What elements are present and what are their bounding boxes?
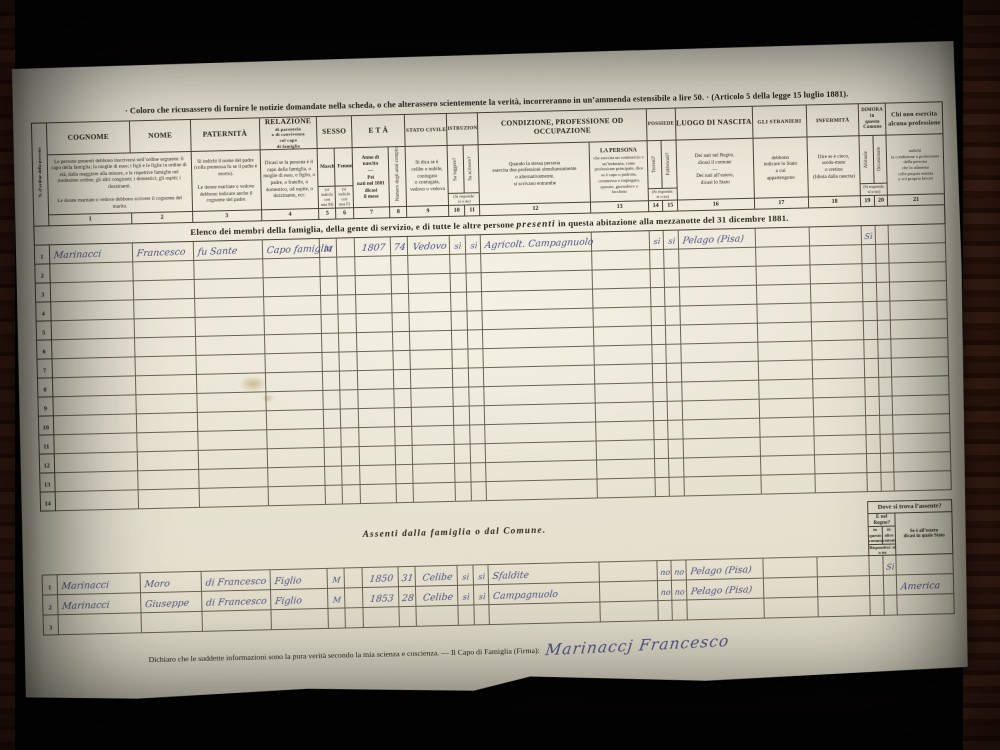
cell-m bbox=[321, 314, 339, 333]
handwritten-entry: Marinacci bbox=[61, 600, 110, 613]
cell-luogo bbox=[679, 285, 756, 306]
cell-legge bbox=[452, 330, 468, 349]
cell-abituale: Sì bbox=[861, 225, 875, 244]
cell-stranieri bbox=[759, 398, 814, 418]
cell-infermita bbox=[813, 378, 865, 398]
cell-f bbox=[342, 484, 360, 503]
cell-occasionale bbox=[881, 472, 895, 491]
cell-cond13 bbox=[592, 250, 650, 270]
cell-n: 1 bbox=[42, 575, 57, 595]
cell-fabbricati bbox=[667, 363, 682, 382]
note-anno-nascita: Anno di nascita — Pei nati nel 1881 dica… bbox=[352, 147, 390, 208]
cell-estero bbox=[897, 594, 954, 615]
cell-cond: Campagnuolo bbox=[489, 582, 601, 605]
cell-m bbox=[322, 371, 340, 390]
cell-chi bbox=[890, 281, 947, 301]
cell-luogo bbox=[681, 361, 758, 382]
cell-f bbox=[339, 332, 357, 351]
cell-stranieri bbox=[760, 436, 815, 456]
cell-cond bbox=[485, 403, 597, 425]
cell-luogo bbox=[679, 266, 756, 287]
col-header-sesso: SESSO bbox=[316, 116, 351, 149]
cell-m bbox=[328, 608, 346, 628]
cell-n: 4 bbox=[36, 302, 51, 321]
cell-infermita bbox=[814, 416, 866, 436]
cell-nome: Francesco bbox=[133, 241, 194, 261]
cell-infermita bbox=[813, 397, 865, 417]
cell-nome bbox=[134, 317, 195, 337]
cell-stato bbox=[413, 463, 455, 483]
cell-n: 2 bbox=[43, 595, 58, 615]
cell-legge bbox=[450, 254, 466, 273]
handwritten-entry: no bbox=[674, 587, 685, 596]
handwritten-entry: sì bbox=[478, 572, 486, 581]
handwritten-entry: Celibe bbox=[422, 592, 453, 604]
cell-legge bbox=[451, 311, 467, 330]
cell-stato bbox=[410, 349, 452, 369]
cell-stato bbox=[413, 482, 455, 502]
cell-luogo bbox=[681, 342, 758, 363]
cell-scrive bbox=[470, 462, 486, 481]
cell-cond13 bbox=[595, 383, 653, 403]
handwritten-entry: Pelago (Pisa) bbox=[690, 564, 752, 577]
cell-cognome bbox=[58, 613, 142, 635]
cell-cognome bbox=[49, 262, 133, 283]
cell-regno_a bbox=[884, 595, 898, 615]
cell-paternita bbox=[196, 392, 266, 413]
cell-paternita bbox=[193, 259, 263, 280]
handwritten-entry: America bbox=[901, 580, 941, 592]
cell-terreni bbox=[658, 601, 673, 621]
cell-legge: sì bbox=[457, 565, 473, 585]
handwritten-entry: Campagnuolo bbox=[493, 589, 559, 602]
cell-stato bbox=[413, 444, 455, 464]
cell-n: 11 bbox=[39, 435, 54, 454]
cell-f bbox=[345, 588, 363, 608]
cell-m bbox=[325, 485, 343, 504]
cell-paternita bbox=[197, 430, 267, 451]
cell-occasionale bbox=[879, 415, 893, 434]
subcol-istruzione: Sa leggere?Sa scrivere?(Si risponda: sì … bbox=[447, 145, 479, 206]
cell-anno bbox=[356, 332, 393, 352]
this-comune-header: in questo comune? bbox=[868, 526, 882, 544]
handwritten-entry: sì bbox=[454, 241, 462, 250]
subcol-dimora: AbitualeOccasionale(Si risponda: sì o no… bbox=[859, 136, 888, 197]
absent-table: Assenti dalla famiglia o dal Comune. Dov… bbox=[40, 499, 954, 636]
cell-f bbox=[340, 370, 358, 389]
cell-n: 9 bbox=[38, 397, 53, 416]
note-luogo-nascita: Dei nati nel Regno, dicasi il comune — D… bbox=[676, 139, 754, 201]
handwritten-entry: Francesco bbox=[137, 247, 187, 260]
cell-luogo bbox=[687, 599, 764, 621]
cell-chi bbox=[893, 433, 950, 453]
cell-nome: Moro bbox=[140, 572, 201, 593]
cell-anni bbox=[394, 388, 412, 407]
cell-anno bbox=[356, 313, 393, 333]
cell-infermita bbox=[810, 245, 862, 265]
col-header-istruzione: ISTRUZIONE bbox=[447, 113, 479, 146]
cell-chi bbox=[892, 357, 949, 377]
cell-infermita bbox=[811, 283, 863, 303]
row-number: 10 bbox=[43, 424, 49, 431]
cell-cognome: Marinacci bbox=[49, 243, 133, 264]
cell-scrive bbox=[467, 330, 483, 349]
cell-fabbricati: sì bbox=[664, 230, 679, 249]
handwritten-entry: Figlio bbox=[274, 575, 302, 587]
row-number: 5 bbox=[42, 329, 45, 336]
note-stato-civile: Si dica se è celibe o nubile, coniugato … bbox=[406, 146, 449, 207]
cell-fabbricati bbox=[668, 401, 683, 420]
cell-chi bbox=[889, 243, 946, 263]
cell-relazione bbox=[264, 333, 322, 353]
cell-infermita bbox=[811, 302, 863, 322]
cell-luogo: Pelago (Pisa) bbox=[686, 579, 763, 601]
row-number: 7 bbox=[43, 367, 46, 374]
cell-f bbox=[342, 446, 360, 465]
cell-fabbricati: no bbox=[671, 560, 686, 580]
cell-chi bbox=[892, 395, 949, 415]
cell-chi bbox=[889, 262, 946, 282]
cell-fabbricati bbox=[664, 268, 679, 287]
cell-legge bbox=[450, 273, 466, 292]
cell-stato bbox=[411, 368, 453, 388]
cell-fabbricati bbox=[669, 477, 684, 496]
row-number: 13 bbox=[44, 481, 50, 488]
handwritten-entry: sì bbox=[668, 236, 676, 245]
cell-abituale bbox=[864, 339, 878, 358]
cell-abituale bbox=[863, 282, 877, 301]
cell-relazione bbox=[264, 314, 322, 334]
row-number: 14 bbox=[44, 500, 50, 507]
cell-fabbricati bbox=[666, 325, 681, 344]
cell-infermita bbox=[811, 321, 863, 341]
cell-scrive bbox=[468, 348, 484, 367]
cell-relazione bbox=[267, 466, 325, 486]
note-due-professioni: Quando la stessa persona esercita due pr… bbox=[478, 143, 591, 206]
head-of-family-signature: Marinaccj Francesco bbox=[545, 632, 731, 659]
handwritten-entry: di Francesco bbox=[204, 576, 266, 589]
cell-occasionale bbox=[879, 396, 893, 415]
cell-anno bbox=[355, 294, 392, 314]
cell-cond13 bbox=[592, 231, 650, 251]
cell-cond: Agricolt. Campagnuolo bbox=[481, 232, 593, 254]
cell-m bbox=[321, 295, 339, 314]
cell-cond bbox=[483, 346, 595, 368]
cell-cond13 bbox=[600, 581, 658, 602]
cell-stato bbox=[409, 311, 451, 331]
col-header-ordine-label: N. d’ordine della persona bbox=[37, 147, 43, 197]
cell-anno bbox=[357, 351, 394, 371]
cell-paternita: fu Sante bbox=[193, 240, 263, 261]
cell-nome bbox=[138, 488, 199, 508]
note-cognome-nome: Le persone presenti debbono inscriversi … bbox=[47, 152, 192, 215]
cell-occasionale bbox=[877, 320, 891, 339]
handwritten-entry: Capo famiglia bbox=[266, 243, 333, 256]
cell-occasionale bbox=[878, 377, 892, 396]
paper-background: · Coloro che ricusassero di fornire le n… bbox=[9, 41, 972, 709]
cell-stato bbox=[408, 254, 450, 274]
cell-paternita: di Francesco bbox=[201, 570, 271, 592]
cell-paternita bbox=[194, 297, 264, 318]
cell-paternita bbox=[195, 335, 265, 356]
cell-paternita bbox=[197, 411, 267, 432]
cell-f bbox=[337, 238, 355, 257]
cell-occasionale bbox=[876, 282, 890, 301]
cell-terreni: no bbox=[657, 561, 672, 581]
note-la-persona: LA PERSONAche esercita un commercio o un… bbox=[590, 141, 649, 202]
handwritten-entry: Marinacci bbox=[61, 580, 110, 593]
cell-cond13 bbox=[597, 458, 655, 478]
cell-anni: 28 bbox=[399, 587, 417, 607]
cell-estero bbox=[896, 554, 953, 575]
cell-scrive bbox=[467, 311, 483, 330]
col-header-paternita: PATERNITÀ bbox=[190, 118, 260, 152]
cell-m bbox=[324, 428, 342, 447]
cell-cond13 bbox=[594, 326, 652, 346]
handwritten-entry: Marinacci bbox=[53, 249, 102, 262]
cell-fabbricati bbox=[669, 458, 684, 477]
cell-paternita bbox=[201, 610, 271, 632]
cell-n: 2 bbox=[35, 264, 50, 283]
cell-relazione: Capo famiglia bbox=[262, 238, 320, 258]
cell-nome bbox=[135, 336, 196, 356]
cell-cognome bbox=[50, 281, 134, 302]
cell-relazione: Figlio bbox=[270, 589, 328, 610]
cell-paternita bbox=[195, 354, 265, 375]
cell-occasionale bbox=[880, 453, 894, 472]
handwritten-entry: Vedovo bbox=[412, 241, 447, 253]
cell-cognome bbox=[54, 471, 138, 492]
cell-n: 7 bbox=[37, 359, 52, 378]
cell-cond13 bbox=[597, 477, 655, 497]
cell-abituale bbox=[862, 244, 876, 263]
cell-chi bbox=[891, 319, 948, 339]
cell-stranieri bbox=[756, 265, 811, 285]
cell-occasionale bbox=[878, 358, 892, 377]
handwritten-entry: Sì bbox=[864, 232, 873, 241]
cell-anno bbox=[359, 465, 396, 485]
cell-cond13 bbox=[597, 439, 655, 459]
cell-fabbricati bbox=[668, 420, 683, 439]
cell-cond13 bbox=[593, 307, 651, 327]
cell-cond13 bbox=[599, 561, 657, 582]
cell-cognome bbox=[51, 338, 135, 359]
cell-cond bbox=[484, 365, 596, 387]
handwritten-entry: Giuseppe bbox=[145, 598, 190, 610]
cell-cond bbox=[489, 602, 601, 625]
cell-n: 3 bbox=[43, 615, 58, 635]
cell-fabbricati bbox=[667, 382, 682, 401]
cell-chi bbox=[890, 300, 947, 320]
cell-paternita bbox=[195, 316, 265, 337]
cell-anno bbox=[355, 275, 392, 295]
cell-abituale bbox=[865, 377, 879, 396]
cell-cognome bbox=[52, 376, 136, 397]
cell-f bbox=[338, 276, 356, 295]
cell-regno_q bbox=[869, 576, 883, 596]
in-regno-header: È nel Regno? bbox=[868, 513, 896, 527]
cell-nome bbox=[137, 431, 198, 451]
cell-cognome: Marinacci bbox=[57, 573, 141, 595]
cell-stato bbox=[409, 273, 451, 293]
col-header-infermita: INFERMITÀ bbox=[806, 104, 859, 138]
census-sheet: · Coloro che ricusassero di fornire le n… bbox=[9, 41, 972, 709]
col-header-stranieri: GLI STRANIERI bbox=[752, 105, 807, 139]
cell-cognome: Marinacci bbox=[57, 593, 141, 615]
cell-occasionale bbox=[875, 244, 889, 263]
cell-f bbox=[338, 294, 356, 313]
cell-nome bbox=[135, 355, 196, 375]
cell-legge: sì bbox=[450, 235, 466, 254]
cell-cond13 bbox=[593, 269, 651, 289]
cell-infermita bbox=[815, 453, 867, 473]
cell-stato: Celibe bbox=[415, 566, 457, 587]
cell-cognome bbox=[55, 490, 139, 511]
other-comune-header: in altro comune? bbox=[882, 526, 896, 544]
cell-anni bbox=[391, 274, 409, 293]
note-chi-non-esercita: indichi la condizione o professione dell… bbox=[886, 134, 944, 195]
cell-infermita bbox=[815, 472, 867, 492]
cell-anno: 1850 bbox=[362, 567, 399, 588]
cell-infermita bbox=[818, 576, 870, 597]
cell-stranieri bbox=[755, 246, 810, 266]
abroad-header: Se è all’estero dicasi in quale Stato bbox=[895, 512, 953, 556]
cell-regno_q bbox=[870, 596, 884, 616]
handwritten-entry: 1807 bbox=[361, 242, 386, 254]
cell-cond13 bbox=[594, 345, 652, 365]
col-header-cognome: COGNOME bbox=[46, 121, 131, 155]
cell-legge bbox=[453, 368, 469, 387]
cell-stranieri bbox=[759, 417, 814, 437]
handwritten-entry: M bbox=[324, 244, 333, 253]
handwritten-entry: Moro bbox=[144, 578, 170, 590]
cell-anni bbox=[395, 426, 413, 445]
handwritten-entry: 1853 bbox=[369, 593, 394, 605]
cell-anno bbox=[354, 256, 391, 276]
col-header-chi-non-esercita: Chi non esercita alcuna professione bbox=[886, 102, 943, 136]
handwritten-entry: Pelago (Pisa) bbox=[682, 233, 744, 246]
cell-cognome bbox=[52, 395, 136, 416]
cell-relazione bbox=[266, 390, 324, 410]
cell-paternita bbox=[196, 373, 266, 394]
cell-abituale bbox=[866, 434, 880, 453]
cell-cognome bbox=[53, 433, 137, 454]
cell-legge bbox=[455, 463, 471, 482]
cell-nome bbox=[134, 279, 195, 299]
cell-stranieri bbox=[763, 597, 818, 618]
handwritten-entry: 74 bbox=[393, 242, 406, 253]
cell-scrive bbox=[466, 292, 482, 311]
cell-m bbox=[323, 409, 341, 428]
cell-nome bbox=[141, 612, 202, 633]
cell-stato bbox=[411, 387, 453, 407]
cell-luogo bbox=[684, 475, 761, 496]
cell-scrive: sì bbox=[473, 585, 489, 605]
cell-anni bbox=[395, 445, 413, 464]
cell-luogo: Pelago (Pisa) bbox=[678, 228, 755, 249]
cell-abituale bbox=[864, 358, 878, 377]
cell-anno bbox=[358, 427, 395, 447]
cell-stato: Celibe bbox=[416, 586, 458, 607]
cell-anni bbox=[392, 293, 410, 312]
col-header-possiede: POSSIEDE bbox=[646, 108, 676, 141]
cell-luogo bbox=[683, 456, 760, 477]
cell-cond13 bbox=[596, 421, 654, 441]
cell-f bbox=[341, 408, 359, 427]
cell-occasionale bbox=[877, 301, 891, 320]
cell-luogo bbox=[683, 418, 760, 439]
cell-nome bbox=[134, 298, 195, 318]
cell-scrive bbox=[469, 424, 485, 443]
cell-anni bbox=[393, 331, 411, 350]
cell-fabbricati bbox=[664, 249, 679, 268]
row-number: 2 bbox=[41, 272, 44, 279]
handwritten-entry: 31 bbox=[401, 573, 414, 584]
cell-legge bbox=[454, 425, 470, 444]
cell-cognome bbox=[51, 319, 135, 340]
cell-terreni: no bbox=[657, 581, 672, 601]
handwritten-entry: no bbox=[659, 568, 670, 577]
cell-anni bbox=[396, 483, 414, 502]
cell-terreni bbox=[650, 287, 665, 306]
cell-stranieri bbox=[756, 284, 811, 304]
cell-nome bbox=[137, 412, 198, 432]
cell-relazione bbox=[265, 371, 323, 391]
cell-stranieri bbox=[758, 360, 813, 380]
cell-terreni bbox=[649, 249, 664, 268]
cell-scrive bbox=[468, 367, 484, 386]
cell-anno: 1853 bbox=[362, 587, 399, 608]
cell-cond13 bbox=[593, 288, 651, 308]
cell-n: 12 bbox=[39, 454, 54, 473]
row-number: 8 bbox=[43, 386, 46, 393]
cell-cognome bbox=[53, 414, 137, 435]
cell-stranieri bbox=[757, 322, 812, 342]
cell-occasionale bbox=[875, 225, 889, 244]
answer-yes-no: Rispondesi: sì o no bbox=[869, 544, 897, 556]
cell-nome bbox=[136, 393, 197, 413]
cell-m bbox=[322, 352, 340, 371]
cell-anni bbox=[394, 407, 412, 426]
subcol-anni-compiuti: Numero degli anni compiuti bbox=[388, 147, 407, 207]
cell-stato bbox=[412, 406, 454, 426]
cell-relazione bbox=[265, 352, 323, 372]
cell-anno bbox=[357, 370, 394, 390]
handwritten-entry: Pelago (Pisa) bbox=[690, 584, 752, 597]
cell-luogo bbox=[680, 304, 757, 325]
cell-f bbox=[345, 608, 363, 628]
cell-scrive bbox=[466, 273, 482, 292]
cell-luogo bbox=[682, 399, 759, 420]
cell-cognome bbox=[52, 357, 136, 378]
cell-n: 14 bbox=[40, 492, 55, 511]
col-header-eta: E T À bbox=[351, 114, 405, 148]
cell-chi bbox=[894, 471, 951, 491]
note-relazione: Dicasi se la persona è il capo della fam… bbox=[260, 149, 319, 210]
cell-n: 1 bbox=[34, 245, 49, 264]
cell-regno_a: Sì bbox=[883, 555, 897, 575]
cell-cognome bbox=[54, 452, 138, 473]
cell-stranieri bbox=[756, 303, 811, 323]
cell-chi bbox=[891, 338, 948, 358]
cell-scrive bbox=[470, 443, 486, 462]
cell-terreni bbox=[655, 477, 670, 496]
row-number: 1 bbox=[48, 584, 51, 591]
cell-stranieri bbox=[763, 577, 818, 598]
cell-chi bbox=[893, 414, 950, 434]
handwritten-entry: 28 bbox=[402, 593, 415, 604]
cell-m bbox=[320, 257, 338, 276]
